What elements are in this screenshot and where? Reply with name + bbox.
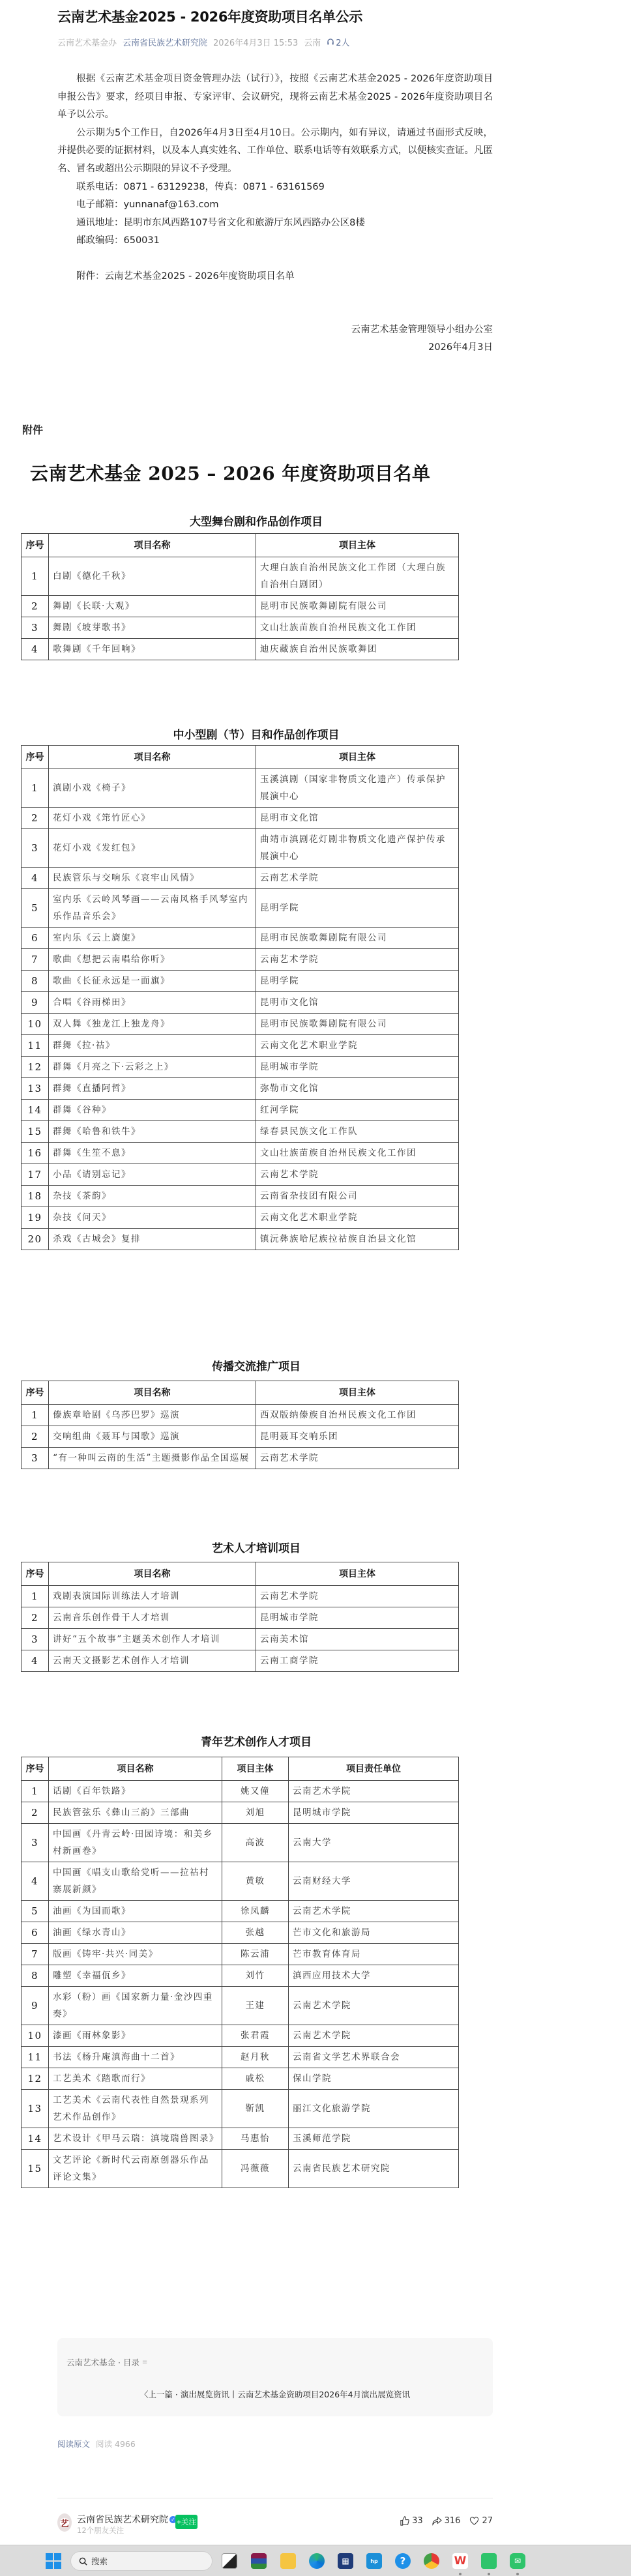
col-header: 项目责任单位 xyxy=(289,1757,459,1781)
table-cell: 昆明学院 xyxy=(256,889,459,928)
table-row: 3“有一种叫云南的生活”主题摄影作品全国巡展云南艺术学院 xyxy=(22,1448,459,1469)
contact-postcode: 邮政编码：650031 xyxy=(57,232,493,250)
wps-icon[interactable]: W xyxy=(452,2553,468,2569)
row-index: 5 xyxy=(22,1901,49,1922)
row-index: 6 xyxy=(22,1922,49,1944)
table-row: 1滇剧小戏《椅子》玉溪滇剧（国家非物质文化遗产）传承保护展演中心 xyxy=(22,769,459,808)
col-header: 项目主体 xyxy=(256,1562,459,1586)
table-cell: 民族管乐与交响乐《哀牢山风情》 xyxy=(49,868,256,889)
table-cell: 工艺美术《踏歌而行》 xyxy=(49,2068,222,2090)
article-body: 根据《云南艺术基金项目资金管理办法（试行）》，按照《云南艺术基金2025 - 2… xyxy=(57,70,493,357)
tbody: 1傣族章哈剧《乌莎巴罗》巡演西双版纳傣族自治州民族文化工作团2交响组曲《聂耳与国… xyxy=(22,1405,459,1469)
table-cell: 黄敏 xyxy=(222,1862,289,1901)
table-cell: 交响组曲《聂耳与国歌》巡演 xyxy=(49,1426,256,1448)
table-row: 9水彩（粉）画《国家新力量·金沙四重奏》王建云南艺术学院 xyxy=(22,1987,459,2025)
chrome-icon[interactable] xyxy=(424,2553,439,2569)
row-index: 16 xyxy=(22,1143,49,1164)
table-row: 15文艺评论《新时代云南原创器乐作品评论文集》冯薇薇云南省民族艺术研究院 xyxy=(22,2150,459,2188)
table-row: 14群舞《谷种》红河学院 xyxy=(22,1100,459,1121)
table-cell: 云南大学 xyxy=(289,1824,459,1862)
tbody: 1话剧《百年铁路》姚又僮云南艺术学院2民族管弦乐《彝山三韵》三部曲刘旭昆明城市学… xyxy=(22,1781,459,2188)
row-index: 4 xyxy=(22,639,49,660)
col-header: 序号 xyxy=(22,1562,49,1586)
table-cell: 中国画《唱支山歌给党听——拉祜村寨展新颜》 xyxy=(49,1862,222,1901)
listen-button[interactable]: 2人 xyxy=(327,36,349,48)
author-name-row[interactable]: 云南省民族艺术研究院 ✓ xyxy=(77,2513,177,2526)
table-cell: 玉溪师范学院 xyxy=(289,2128,459,2150)
table-cell: 张越 xyxy=(222,1922,289,1944)
row-index: 14 xyxy=(22,2128,49,2150)
table-row: 2舞剧《长联·大观》昆明市民族歌舞剧院有限公司 xyxy=(22,596,459,617)
table-cell: 云南省民族艺术研究院 xyxy=(289,2150,459,2188)
row-index: 20 xyxy=(22,1229,49,1250)
location-label: 云南 xyxy=(304,36,321,48)
table-row: 17小品《请别忘记》云南艺术学院 xyxy=(22,1164,459,1186)
table-row: 3中国画《丹青云岭·田园诗境：和美乡村新画卷》高波云南大学 xyxy=(22,1824,459,1862)
row-index: 7 xyxy=(22,1944,49,1965)
table-cell: 水彩（粉）画《国家新力量·金沙四重奏》 xyxy=(49,1987,222,2025)
table-cell: “有一种叫云南的生活”主题摄影作品全国巡展 xyxy=(49,1448,256,1469)
section-title-young-talent: 青年艺术创作人才项目 xyxy=(57,1733,455,1749)
author-bar: 艺 云南省民族艺术研究院 ✓ 12个朋友关注 +关注 33 316 27 xyxy=(57,2511,493,2537)
table-cell: 赵月秋 xyxy=(222,2047,289,2068)
share-count: 316 xyxy=(445,2516,461,2526)
row-index: 1 xyxy=(22,1781,49,1802)
row-index: 6 xyxy=(22,928,49,949)
table-row: 13工艺美术《云南代表性自然景观系列艺术作品创作》靳凯丽江文化旅游学院 xyxy=(22,2090,459,2128)
table-cell: 绿春县民族文化工作队 xyxy=(256,1121,459,1143)
table-cell: 姚又僮 xyxy=(222,1781,289,1802)
table-row: 2花灯小戏《筇竹匠心》昆明市文化馆 xyxy=(22,808,459,829)
table-cell: 迪庆藏族自治州民族歌舞团 xyxy=(256,639,459,660)
messaging-icon[interactable] xyxy=(481,2553,497,2569)
document-title: 云南艺术基金 2025 – 2026 年度资助项目名单 xyxy=(30,460,486,486)
col-header: 序号 xyxy=(22,1381,49,1405)
table-cell: 云南艺术学院 xyxy=(256,1448,459,1469)
table-cell: 滇西应用技术大学 xyxy=(289,1965,459,1987)
table-row: 13群舞《直播阿哲》弥勒市文化馆 xyxy=(22,1078,459,1100)
col-header: 项目主体 xyxy=(222,1757,289,1781)
table-cell: 滇剧小戏《椅子》 xyxy=(49,769,256,808)
table-cell: 群舞《直播阿哲》 xyxy=(49,1078,256,1100)
table-cell: 昆明城市学院 xyxy=(289,1802,459,1824)
table-cell: 玉溪滇剧（国家非物质文化遗产）传承保护展演中心 xyxy=(256,769,459,808)
col-header: 项目名称 xyxy=(49,746,256,769)
row-index: 1 xyxy=(22,1405,49,1426)
table-cell: 舞剧《长联·大观》 xyxy=(49,596,256,617)
table-cell: 昆明市民族歌舞剧院有限公司 xyxy=(256,928,459,949)
table-cell: 云南音乐创作骨干人才培训 xyxy=(49,1607,256,1629)
favorite-button[interactable]: 27 xyxy=(469,2516,493,2526)
article-meta: 云南艺术基金办 云南省民族艺术研究院 2026年4月3日 15:53 云南 2人 xyxy=(57,35,493,48)
wechat-icon[interactable]: ✉ xyxy=(510,2553,525,2569)
table-row: 2民族管弦乐《彝山三韵》三部曲刘旭昆明城市学院 xyxy=(22,1802,459,1824)
table-row: 9合唱《谷雨梯田》昆明市文化馆 xyxy=(22,992,459,1014)
table-cell: 讲好“五个故事”主题美术创作人才培训 xyxy=(49,1629,256,1650)
row-index: 11 xyxy=(22,2047,49,2068)
section-title-training: 艺术人才培训项目 xyxy=(57,1539,455,1555)
directory-heading[interactable]: 云南艺术基金 · 目录 ≡ xyxy=(66,2356,147,2368)
table-cell: 云南艺术学院 xyxy=(289,1987,459,2025)
table-cell: 戚松 xyxy=(222,2068,289,2090)
table-row: 2交响组曲《聂耳与国歌》巡演昆明聂耳交响乐团 xyxy=(22,1426,459,1448)
table-cell: 油画《为国而歌》 xyxy=(49,1901,222,1922)
table-cell: 曲靖市滇剧花灯剧非物质文化遗产保护传承展演中心 xyxy=(256,829,459,868)
running-indicator xyxy=(488,2573,490,2575)
table-cell: 群舞《谷种》 xyxy=(49,1100,256,1121)
prev-article-link[interactable]: 〈上一篇 · 演出展览资讯丨云南艺术基金资助项目2026年4月演出展览资讯 xyxy=(57,2388,493,2400)
table-cell: 昆明城市学院 xyxy=(256,1607,459,1629)
section-title-large-stage: 大型舞台剧和作品创作项目 xyxy=(57,512,455,529)
microsoft-store-icon[interactable]: ▦ xyxy=(338,2553,353,2569)
table-cell: 云南天文摄影艺术创作人才培训 xyxy=(49,1650,256,1672)
sign-date: 2026年4月3日 xyxy=(57,339,493,357)
divider xyxy=(57,2498,493,2498)
table-cell: 昆明学院 xyxy=(256,971,459,992)
table-row: 4民族管乐与交响乐《哀牢山风情》云南艺术学院 xyxy=(22,868,459,889)
table-cell: 中国画《丹青云岭·田园诗境：和美乡村新画卷》 xyxy=(49,1824,222,1862)
table-row: 6油画《绿水青山》张越芒市文化和旅游局 xyxy=(22,1922,459,1944)
table-cell: 工艺美术《云南代表性自然景观系列艺术作品创作》 xyxy=(49,2090,222,2128)
search-icon xyxy=(79,2557,87,2566)
table-cell: 云南艺术学院 xyxy=(289,1901,459,1922)
listener-count: 2人 xyxy=(336,36,349,48)
row-index: 15 xyxy=(22,1121,49,1143)
table-cell: 刘旭 xyxy=(222,1802,289,1824)
row-index: 8 xyxy=(22,971,49,992)
table-cell: 油画《绿水青山》 xyxy=(49,1922,222,1944)
myhp-icon[interactable]: hp xyxy=(366,2553,382,2569)
row-index: 17 xyxy=(22,1164,49,1186)
table-cell: 丽江文化旅游学院 xyxy=(289,2090,459,2128)
row-index: 1 xyxy=(22,769,49,808)
read-count: 阅读 4966 xyxy=(96,2438,136,2450)
table-cell: 云南工商学院 xyxy=(256,1650,459,1672)
section-title-small-medium: 中小型剧（节）目和作品创作项目 xyxy=(57,725,455,742)
table-row: 4歌舞剧《千年回响》迪庆藏族自治州民族歌舞团 xyxy=(22,639,459,660)
table-row: 6室内乐《云上旖旎》昆明市民族歌舞剧院有限公司 xyxy=(22,928,459,949)
table-row: 1戏剧表演国际训练法人才培训云南艺术学院 xyxy=(22,1586,459,1607)
table-cell: 歌曲《长征永远是一面旗》 xyxy=(49,971,256,992)
col-header: 序号 xyxy=(22,746,49,769)
table-cell: 合唱《谷雨梯田》 xyxy=(49,992,256,1014)
attachment-label: 附件 xyxy=(22,422,43,437)
row-index: 11 xyxy=(22,1035,49,1057)
table-cell: 陈云浦 xyxy=(222,1944,289,1965)
table-cell: 高波 xyxy=(222,1824,289,1862)
contact-address: 通讯地址：昆明市东风西路107号省文化和旅游厅东风西路办公区8楼 xyxy=(57,214,493,233)
row-index: 3 xyxy=(22,1824,49,1862)
col-header: 项目名称 xyxy=(49,1381,256,1405)
row-index: 8 xyxy=(22,1965,49,1987)
table-cell: 版画《铸牢·共兴·同美》 xyxy=(49,1944,222,1965)
row-index: 9 xyxy=(22,1987,49,2025)
table-cell: 歌曲《想把云南唱给你听》 xyxy=(49,949,256,971)
table-cell: 马惠怡 xyxy=(222,2128,289,2150)
tbody: 1滇剧小戏《椅子》玉溪滇剧（国家非物质文化遗产）传承保护展演中心2花灯小戏《筇竹… xyxy=(22,769,459,1250)
table-cell: 话剧《百年铁路》 xyxy=(49,1781,222,1802)
table-row: 7歌曲《想把云南唱给你听》云南艺术学院 xyxy=(22,949,459,971)
table-cell: 云南艺术学院 xyxy=(256,868,459,889)
running-indicator xyxy=(516,2573,519,2575)
table-cell: 室内乐《云上旖旎》 xyxy=(49,928,256,949)
row-index: 3 xyxy=(22,1629,49,1650)
table-cell: 西双版纳傣族自治州民族文化工作团 xyxy=(256,1405,459,1426)
table-row: 11群舞《拉·祜》云南文化艺术职业学院 xyxy=(22,1035,459,1057)
follow-button[interactable]: +关注 xyxy=(175,2515,198,2529)
table-cell: 云南省文学艺术界联合会 xyxy=(289,2047,459,2068)
table-cell: 白剧《德化千秋》 xyxy=(49,557,256,596)
search-placeholder: 搜索 xyxy=(91,2555,108,2567)
file-explorer-icon[interactable] xyxy=(280,2553,296,2569)
row-index: 3 xyxy=(22,829,49,868)
table-cell: 傣族章哈剧《乌莎巴罗》巡演 xyxy=(49,1405,256,1426)
table-cell: 歌舞剧《千年回响》 xyxy=(49,639,256,660)
table-row: 7版画《铸牢·共兴·同美》陈云浦芒市教育体育局 xyxy=(22,1944,459,1965)
table-row: 18杂技《茶韵》云南省杂技团有限公司 xyxy=(22,1186,459,1207)
col-header: 序号 xyxy=(22,1757,49,1781)
task-view-icon[interactable] xyxy=(222,2553,237,2569)
table-training: 序号 项目名称 项目主体 1戏剧表演国际训练法人才培训云南艺术学院2云南音乐创作… xyxy=(21,1562,459,1672)
table-cell: 云南文化艺术职业学院 xyxy=(256,1035,459,1057)
table-row: 5室内乐《云岭风琴画——云南风格手风琴室内乐作品音乐会》昆明学院 xyxy=(22,889,459,928)
article-title: 云南艺术基金2025 - 2026年度资助项目名单公示 xyxy=(57,0,493,26)
table-cell: 弥勒市文化馆 xyxy=(256,1078,459,1100)
table-row: 3讲好“五个故事”主题美术创作人才培训云南美术馆 xyxy=(22,1629,459,1650)
table-cell: 舞剧《坡芽歌书》 xyxy=(49,617,256,639)
row-index: 4 xyxy=(22,868,49,889)
contact-email: 电子邮箱：yunnanaf@163.com xyxy=(57,196,493,214)
table-cell: 芒市文化和旅游局 xyxy=(289,1922,459,1944)
source-label: 云南艺术基金办 xyxy=(57,36,117,48)
row-index: 14 xyxy=(22,1100,49,1121)
col-header: 项目主体 xyxy=(256,534,459,557)
table-young-talent: 序号 项目名称 项目主体 项目责任单位 1话剧《百年铁路》姚又僮云南艺术学院2民… xyxy=(21,1757,459,2188)
table-cell: 漆画《雨林象影》 xyxy=(49,2025,222,2047)
table-cell: 群舞《生笙不息》 xyxy=(49,1143,256,1164)
read-original-link[interactable]: 阅读原文 xyxy=(57,2438,90,2450)
table-row: 1傣族章哈剧《乌莎巴罗》巡演西双版纳傣族自治州民族文化工作团 xyxy=(22,1405,459,1426)
table-cell: 书法《杨升庵滇海曲十二首》 xyxy=(49,2047,222,2068)
article: 云南艺术基金2025 - 2026年度资助项目名单公示 云南艺术基金办 云南省民… xyxy=(57,0,493,357)
col-header: 序号 xyxy=(22,534,49,557)
table-cell: 昆明市文化馆 xyxy=(256,808,459,829)
table-row: 16群舞《生笙不息》文山壮族苗族自治州民族文化工作团 xyxy=(22,1143,459,1164)
table-cell: 冯薇薇 xyxy=(222,2150,289,2188)
tbody: 1白剧《德化千秋》大理白族自治州民族文化工作团（大理白族自治州白剧团）2舞剧《长… xyxy=(22,557,459,660)
table-cell: 云南文化艺术职业学院 xyxy=(256,1207,459,1229)
row-index: 10 xyxy=(22,2025,49,2047)
row-index: 4 xyxy=(22,1650,49,1672)
row-index: 12 xyxy=(22,2068,49,2090)
row-index: 12 xyxy=(22,1057,49,1078)
share-button[interactable]: 316 xyxy=(432,2516,461,2526)
running-indicator xyxy=(459,2573,462,2575)
row-index: 1 xyxy=(22,557,49,596)
taskbar-search[interactable]: 搜索 xyxy=(70,2551,213,2571)
table-cell: 群舞《拉·祜》 xyxy=(49,1035,256,1057)
table-cell: 云南艺术学院 xyxy=(289,2025,459,2047)
table-cell: 王建 xyxy=(222,1987,289,2025)
attachment-note: 附件：云南艺术基金2025 - 2026年度资助项目名单 xyxy=(57,268,493,286)
table-cell: 靳凯 xyxy=(222,2090,289,2128)
table-row: 5油画《为国而歌》徐凤麟云南艺术学院 xyxy=(22,1901,459,1922)
table-cell: 刘竹 xyxy=(222,1965,289,1987)
table-cell: 文山壮族苗族自治州民族文化工作团 xyxy=(256,617,459,639)
table-cell: 双人舞《独龙江上独龙舟》 xyxy=(49,1014,256,1035)
table-cell: 群舞《月亮之下·云彩之上》 xyxy=(49,1057,256,1078)
table-cell: 徐凤麟 xyxy=(222,1901,289,1922)
table-cell: 小品《请别忘记》 xyxy=(49,1164,256,1186)
table-row: 4中国画《唱支山歌给党听——拉祜村寨展新颜》黄敏云南财经大学 xyxy=(22,1862,459,1901)
col-header: 项目主体 xyxy=(256,1381,459,1405)
contact-phone: 联系电话：0871 - 63129238，传真：0871 - 63161569 xyxy=(57,179,493,197)
table-row: 10漆画《雨林象影》张君霞云南艺术学院 xyxy=(22,2025,459,2047)
table-cell: 雕塑《幸福佤乡》 xyxy=(49,1965,222,1987)
table-cell: 昆明聂耳交响乐团 xyxy=(256,1426,459,1448)
table-cell: 保山学院 xyxy=(289,2068,459,2090)
col-header: 项目主体 xyxy=(256,746,459,769)
row-index: 19 xyxy=(22,1207,49,1229)
list-icon: ≡ xyxy=(142,2359,147,2366)
help-icon[interactable]: ? xyxy=(395,2553,411,2569)
table-cell: 文山壮族苗族自治州民族文化工作团 xyxy=(256,1143,459,1164)
signature: 云南艺术基金管理领导小组办公室 xyxy=(57,321,493,340)
friends-follow: 12个朋友关注 xyxy=(77,2525,124,2536)
table-large-stage: 序号 项目名称 项目主体 1白剧《德化千秋》大理白族自治州民族文化工作团（大理白… xyxy=(21,533,459,660)
table-cell: 张君霞 xyxy=(222,2025,289,2047)
table-row: 12群舞《月亮之下·云彩之上》昆明城市学院 xyxy=(22,1057,459,1078)
table-row: 4云南天文摄影艺术创作人才培训云南工商学院 xyxy=(22,1650,459,1672)
table-row: 11书法《杨升庵滇海曲十二首》赵月秋云南省文学艺术界联合会 xyxy=(22,2047,459,2068)
row-index: 3 xyxy=(22,1448,49,1469)
table-row: 20杀戏《古城会》复排镇沅彝族哈尼族拉祜族自治县文化馆 xyxy=(22,1229,459,1250)
table-promotion: 序号 项目名称 项目主体 1傣族章哈剧《乌莎巴罗》巡演西双版纳傣族自治州民族文化… xyxy=(21,1381,459,1469)
engagement-stats: 33 316 27 xyxy=(400,2516,493,2526)
table-cell: 芒市教育体育局 xyxy=(289,1944,459,1965)
taskbar: 搜索 ▦ hp ? W ✉ xyxy=(0,2545,631,2576)
account-link[interactable]: 云南省民族艺术研究院 xyxy=(123,36,207,48)
table-cell: 镇沅彝族哈尼族拉祜族自治县文化馆 xyxy=(256,1229,459,1250)
row-index: 10 xyxy=(22,1014,49,1035)
table-row: 2云南音乐创作骨干人才培训昆明城市学院 xyxy=(22,1607,459,1629)
table-row: 15群舞《哈鲁和铁牛》绿春县民族文化工作队 xyxy=(22,1121,459,1143)
table-cell: 云南财经大学 xyxy=(289,1862,459,1901)
table-row: 1白剧《德化千秋》大理白族自治州民族文化工作团（大理白族自治州白剧团） xyxy=(22,557,459,596)
table-row: 3花灯小戏《发红包》曲靖市滇剧花灯剧非物质文化遗产保护传承展演中心 xyxy=(22,829,459,868)
table-cell: 杀戏《古城会》复排 xyxy=(49,1229,256,1250)
table-cell: 昆明市民族歌舞剧院有限公司 xyxy=(256,1014,459,1035)
table-row: 3舞剧《坡芽歌书》文山壮族苗族自治州民族文化工作团 xyxy=(22,617,459,639)
row-index: 18 xyxy=(22,1186,49,1207)
col-header: 项目名称 xyxy=(49,534,256,557)
table-cell: 云南艺术学院 xyxy=(256,1164,459,1186)
table-cell: 云南美术馆 xyxy=(256,1629,459,1650)
table-cell: 昆明市民族歌舞剧院有限公司 xyxy=(256,596,459,617)
table-cell: 云南省杂技团有限公司 xyxy=(256,1186,459,1207)
table-cell: 杂技《问天》 xyxy=(49,1207,256,1229)
winrar-icon[interactable] xyxy=(251,2553,267,2569)
windows-start-button[interactable] xyxy=(46,2553,61,2569)
favorite-count: 27 xyxy=(482,2516,493,2526)
table-cell: 花灯小戏《发红包》 xyxy=(49,829,256,868)
directory-box: 云南艺术基金 · 目录 ≡ 〈上一篇 · 演出展览资讯丨云南艺术基金资助项目20… xyxy=(57,2338,493,2416)
table-small-medium: 序号 项目名称 项目主体 1滇剧小戏《椅子》玉溪滇剧（国家非物质文化遗产）传承保… xyxy=(21,745,459,1250)
table-cell: 文艺评论《新时代云南原创器乐作品评论文集》 xyxy=(49,2150,222,2188)
col-header: 项目名称 xyxy=(49,1562,256,1586)
table-row: 10双人舞《独龙江上独龙舟》昆明市民族歌舞剧院有限公司 xyxy=(22,1014,459,1035)
row-index: 13 xyxy=(22,2090,49,2128)
edge-icon[interactable] xyxy=(309,2553,325,2569)
table-cell: 杂技《茶韵》 xyxy=(49,1186,256,1207)
thumbs-up-icon xyxy=(400,2516,409,2526)
row-index: 2 xyxy=(22,1802,49,1824)
directory-title: 云南艺术基金 · 目录 xyxy=(66,2356,139,2368)
table-row: 19杂技《问天》云南文化艺术职业学院 xyxy=(22,1207,459,1229)
table-cell: 云南艺术学院 xyxy=(289,1781,459,1802)
table-cell: 花灯小戏《筇竹匠心》 xyxy=(49,808,256,829)
table-row: 1话剧《百年铁路》姚又僮云南艺术学院 xyxy=(22,1781,459,1802)
table-cell: 民族管弦乐《彝山三韵》三部曲 xyxy=(49,1802,222,1824)
like-count: 33 xyxy=(412,2516,423,2526)
tbody: 1戏剧表演国际训练法人才培训云南艺术学院2云南音乐创作骨干人才培训昆明城市学院3… xyxy=(22,1586,459,1672)
table-cell: 大理白族自治州民族文化工作团（大理白族自治州白剧团） xyxy=(256,557,459,596)
table-cell: 红河学院 xyxy=(256,1100,459,1121)
table-cell: 室内乐《云岭风琴画——云南风格手风琴室内乐作品音乐会》 xyxy=(49,889,256,928)
row-index: 13 xyxy=(22,1078,49,1100)
row-index: 3 xyxy=(22,617,49,639)
table-cell: 戏剧表演国际训练法人才培训 xyxy=(49,1586,256,1607)
like-button[interactable]: 33 xyxy=(400,2516,423,2526)
section-title-promotion: 传播交流推广项目 xyxy=(57,1357,455,1373)
table-row: 14艺术设计《甲马云瑞：滇境瑞兽图录》马惠怡玉溪师范学院 xyxy=(22,2128,459,2150)
row-index: 1 xyxy=(22,1586,49,1607)
author-name: 云南省民族艺术研究院 xyxy=(77,2513,168,2526)
table-cell: 昆明城市学院 xyxy=(256,1057,459,1078)
share-icon xyxy=(432,2516,442,2526)
table-cell: 云南艺术学院 xyxy=(256,949,459,971)
paragraph-2: 公示期为5个工作日，自2026年4月3日至4月10日。公示期内，如有异议，请通过… xyxy=(57,124,493,179)
avatar[interactable]: 艺 xyxy=(57,2513,72,2532)
row-index: 4 xyxy=(22,1862,49,1901)
table-cell: 艺术设计《甲马云瑞：滇境瑞兽图录》 xyxy=(49,2128,222,2150)
paragraph-1: 根据《云南艺术基金项目资金管理办法（试行）》，按照《云南艺术基金2025 - 2… xyxy=(57,70,493,124)
table-cell: 昆明市文化馆 xyxy=(256,992,459,1014)
heart-icon xyxy=(469,2516,479,2526)
row-index: 2 xyxy=(22,808,49,829)
table-cell: 群舞《哈鲁和铁牛》 xyxy=(49,1121,256,1143)
read-row: 阅读原文 阅读 4966 xyxy=(57,2438,136,2450)
table-row: 12工艺美术《踏歌而行》戚松保山学院 xyxy=(22,2068,459,2090)
row-index: 2 xyxy=(22,1426,49,1448)
publish-datetime: 2026年4月3日 15:53 xyxy=(213,36,298,48)
row-index: 2 xyxy=(22,1607,49,1629)
table-cell: 云南艺术学院 xyxy=(256,1586,459,1607)
table-row: 8歌曲《长征永远是一面旗》昆明学院 xyxy=(22,971,459,992)
row-index: 7 xyxy=(22,949,49,971)
row-index: 15 xyxy=(22,2150,49,2188)
table-row: 8雕塑《幸福佤乡》刘竹滇西应用技术大学 xyxy=(22,1965,459,1987)
row-index: 2 xyxy=(22,596,49,617)
headphones-icon xyxy=(327,38,334,46)
col-header: 项目名称 xyxy=(49,1757,222,1781)
row-index: 5 xyxy=(22,889,49,928)
row-index: 9 xyxy=(22,992,49,1014)
